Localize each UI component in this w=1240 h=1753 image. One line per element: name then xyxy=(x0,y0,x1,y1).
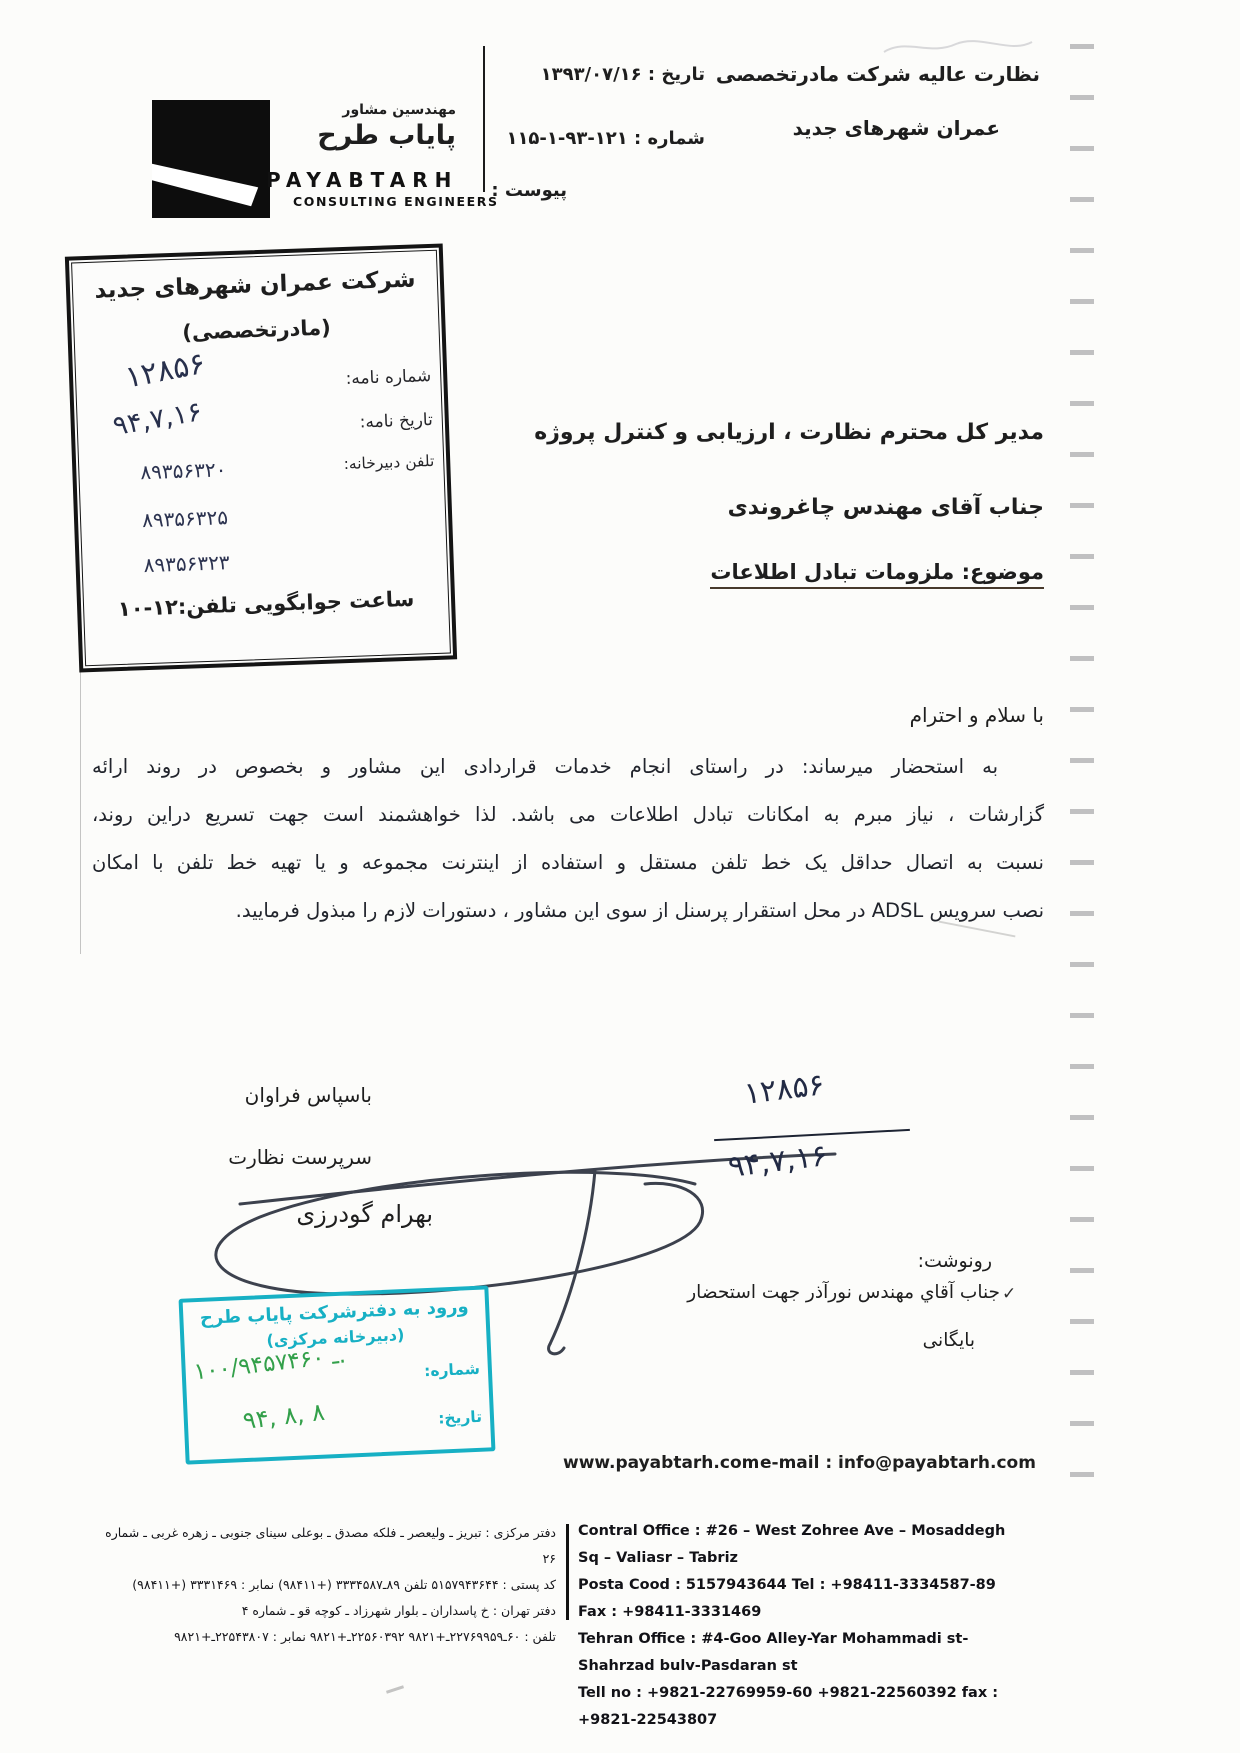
payabtarh-logo-icon xyxy=(152,100,270,218)
body-line-1: به استحضار میرساند: در راستای انجام خدما… xyxy=(92,755,1044,778)
scan-bottom-mark xyxy=(386,1685,404,1693)
footer-en-line-1: Contral Office : #26 – West Zohree Ave –… xyxy=(578,1518,1008,1572)
body-line-4: نصب سرویس ADSL در محل استقرار پرسنل از س… xyxy=(92,899,1044,922)
closing-thanks: باسپاس فراوان xyxy=(150,1083,372,1107)
logo-latin-name: PAYABTARH xyxy=(266,168,458,192)
subject-line: موضوع: ملزومات تبادل اطلاعات xyxy=(600,560,1044,584)
date-value: ۱۳۹۳/۰۷/۱۶ xyxy=(541,64,642,85)
entry-stamp-date-label: تاریخ: xyxy=(438,1408,483,1428)
body-line-3: نسبت به اتصال حداقل یک خط تلفن مستقل و ا… xyxy=(92,851,1044,874)
secretariat-phone-2: ۸۹۳۵۶۳۲۵ xyxy=(142,505,229,532)
number-label: شماره : xyxy=(628,128,705,149)
scan-binding-artifacts xyxy=(1070,44,1094,1484)
logo-latin-tagline: CONSULTING ENGINEERS xyxy=(293,194,499,209)
scan-scratch-mark xyxy=(939,921,1016,938)
footer-en-line-3: Tehran Office : #4-Goo Alley-Yar Mohamma… xyxy=(578,1626,1008,1680)
salutation: با سلام و احترام xyxy=(700,703,1044,727)
letter-number-row: شماره : ۱۱۵-۱-۹۳-۱۲۱ xyxy=(495,128,705,149)
secretariat-phone-3: ۸۹۳۵۶۳۲۳ xyxy=(143,550,230,577)
footer-en-line-4: Tell no : +9821-22769959-60 +9821-225603… xyxy=(578,1680,1008,1734)
scanned-letter-page: نظارت عالیه شرکت مادرتخصصی عمران شهرهای … xyxy=(0,0,1240,1753)
received-number-label: شماره نامه: xyxy=(345,366,431,389)
handwritten-reference-number: ۱۲۸۵۶ xyxy=(742,1067,826,1112)
logo-persian-tagline: مهندسین مشاور xyxy=(256,102,456,118)
logo-persian-name: پایاب طرح xyxy=(256,120,456,151)
entry-stamp-number-label: شماره: xyxy=(424,1360,480,1380)
header-divider-line xyxy=(483,46,485,192)
footer-fa-line-1: دفتر مرکزی : تبریز ـ ولیعصر ـ فلکه مصدق … xyxy=(88,1520,556,1572)
body-line-2: گزارشات ، نیاز مبرم به امکانات تبادل اطل… xyxy=(92,803,1044,826)
entry-stamp: ورود به دفترشرکت پایاب طرح (دبیرخانه مرک… xyxy=(179,1285,496,1464)
entry-stamp-date-handwritten: ۹۴, ۸, ۸ xyxy=(241,1398,326,1435)
cc-item-2: بایگانی xyxy=(775,1330,975,1351)
recipient-name-line: جناب آقای مهندس چاغروندی xyxy=(400,495,1044,520)
footer-en-line-2: Posta Cood : 5157943644 Tel : +98411-333… xyxy=(578,1572,1008,1626)
checkmark-icon: ✓ xyxy=(1002,1284,1016,1304)
footer-english-addresses: Contral Office : #26 – West Zohree Ave –… xyxy=(578,1518,1008,1734)
secretariat-phone-1: ۸۹۳۵۶۳۲۰ xyxy=(140,457,227,484)
letter-date-row: تاریخ : ۱۳۹۳/۰۷/۱۶ xyxy=(495,64,705,85)
footer-fa-line-3: دفتر تهران : خ پاسداران ـ بلوار شهرزاد ـ… xyxy=(88,1598,556,1624)
recipient-title-line: مدیر کل محترم نظارت ، ارزیابی و کنترل پر… xyxy=(400,420,1044,445)
received-stamp-box: شرکت عمران شهرهای جدید (مادرتخصصی) شماره… xyxy=(65,244,457,673)
website-text: www.payabtarh.com xyxy=(563,1453,759,1473)
scan-faint-scribble xyxy=(878,28,1038,64)
footer-persian-addresses: دفتر مرکزی : تبریز ـ ولیعصر ـ فلکه مصدق … xyxy=(88,1520,556,1650)
footer-fa-line-4: تلفن : ۶۰ـ۲۲۷۶۹۹۵۹ـ+۹۸۲۱ ۲۲۵۶۰۳۹۲ـ+۹۸۲۱ … xyxy=(88,1624,556,1650)
footer-fa-line-2: کد پستی : ۵۱۵۷۹۴۳۶۴۴ تلفن ۸۹ـ۳۳۳۴۵۸۷ (+۹… xyxy=(88,1572,556,1598)
footer-column-divider xyxy=(566,1524,569,1620)
date-label: تاریخ : xyxy=(642,64,705,85)
email-text: e-mail : info@payabtarh.com xyxy=(760,1453,1036,1473)
cc-item-1: جناب آقاي مهندس نورآذر جهت استحضار xyxy=(602,1282,1000,1303)
received-phone-label: تلفن دبیرخانه: xyxy=(343,452,434,473)
cc-heading: رونوشت: xyxy=(792,1250,992,1272)
number-value: ۱۱۵-۱-۹۳-۱۲۱ xyxy=(506,128,627,149)
